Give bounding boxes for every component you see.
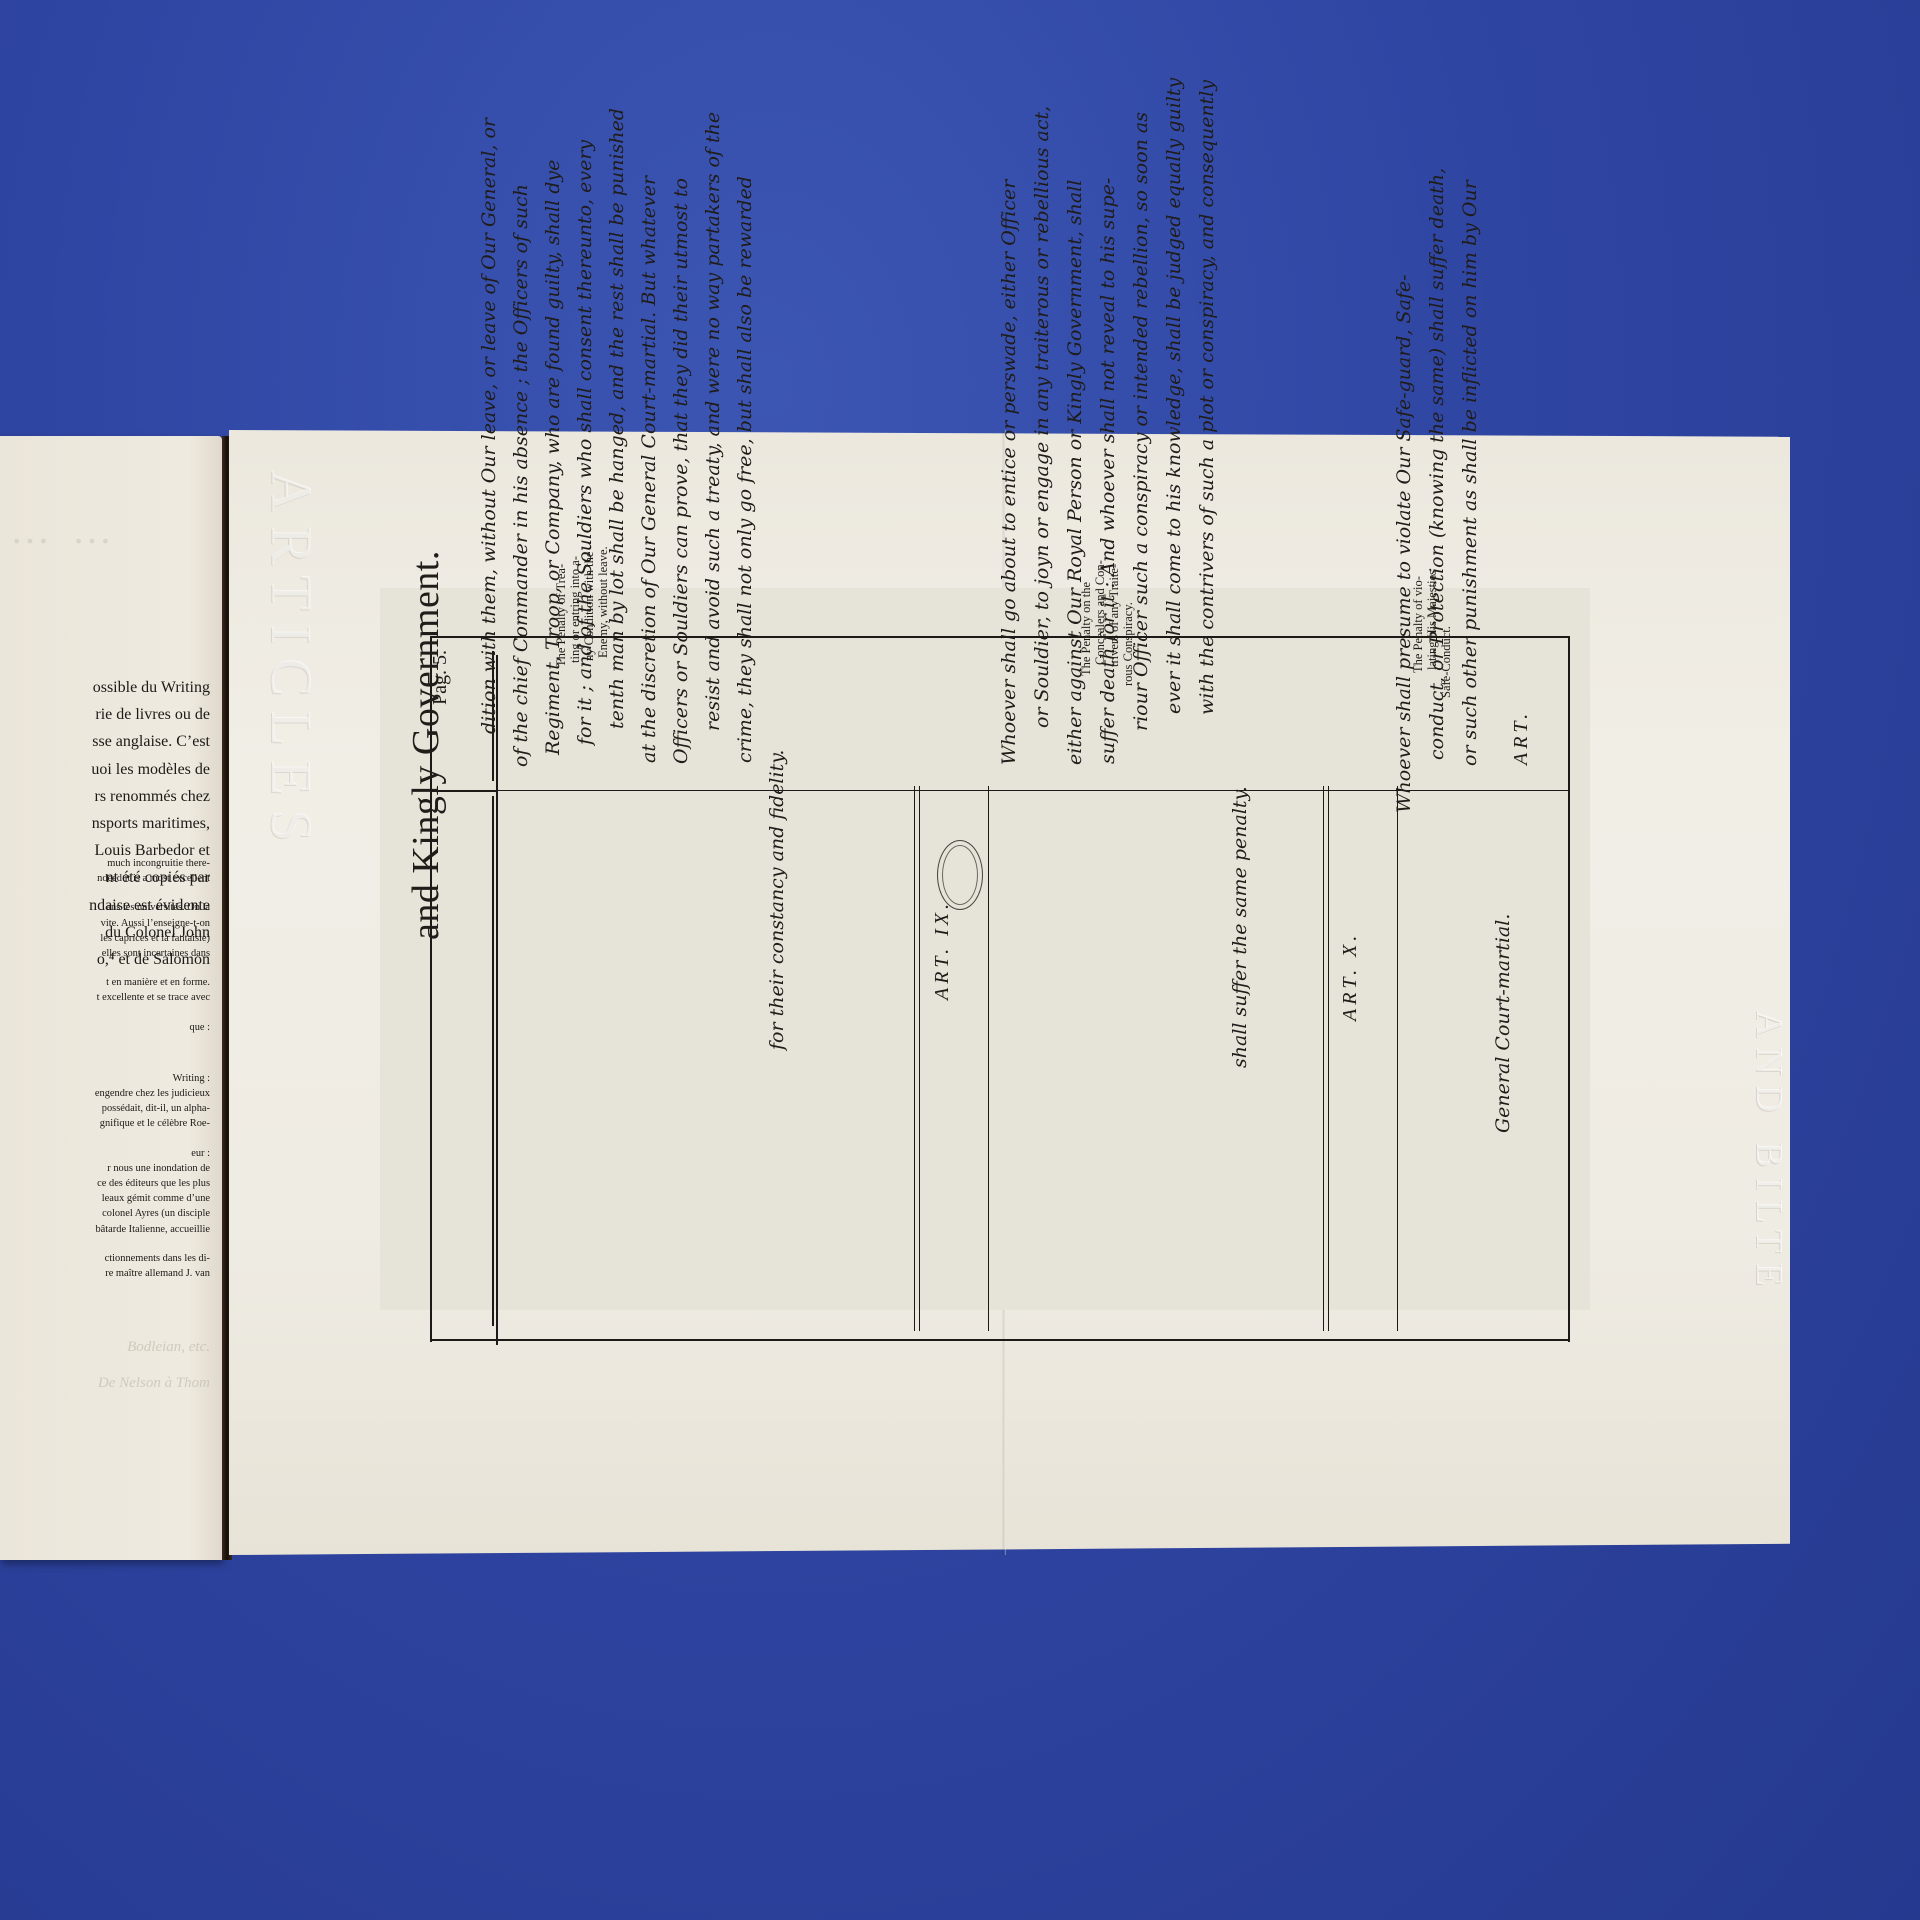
article-ix-line: Whoever shall go about to entice or pers… bbox=[998, 180, 1020, 765]
catchword: ART. bbox=[1510, 710, 1533, 765]
body-line: for it ; and of the Souldiers who shall … bbox=[574, 140, 596, 745]
left-page-footnote-line: Writing : bbox=[95, 1071, 210, 1086]
left-page-footnote-line: gnifique et le célèbre Roe- bbox=[95, 1116, 210, 1131]
left-page-footnote-line: t en manière et en forme. bbox=[95, 975, 210, 990]
article-ix-line: shall suffer the same penalty. bbox=[1229, 786, 1251, 1068]
body-line: at the discretion of Our General Court-m… bbox=[638, 176, 660, 763]
record-office-stamp bbox=[937, 840, 983, 910]
left-page-main-line: rs renommés chez bbox=[89, 783, 210, 810]
article-ix-line: or Souldier, to joyn or engage in any tr… bbox=[1031, 106, 1053, 728]
body-line: tenth man by lot shall be hanged, and th… bbox=[606, 108, 628, 729]
article-x-line: Whoever shall presume to violate Our Saf… bbox=[1393, 274, 1415, 813]
body-top-rule bbox=[492, 796, 494, 1326]
left-page-footnote-group: eur :r nous une inondation dece des édit… bbox=[95, 1146, 210, 1237]
left-page-footnote-line: leaux gémit comme d’une bbox=[95, 1191, 210, 1206]
left-page-footer-line: Bodleian, etc. bbox=[98, 1329, 210, 1365]
body-line: crime, they shall not only go free, but … bbox=[734, 176, 756, 763]
art-ix-rule-3 bbox=[988, 786, 989, 1331]
left-page-footnote-group: Writing :engendre chez les judicieuxposs… bbox=[95, 1071, 210, 1132]
art-x-rule-2 bbox=[1328, 786, 1329, 1331]
page-number: Pag. 5. bbox=[429, 650, 452, 705]
page-number-divider bbox=[430, 790, 496, 792]
left-page-footnote-line: ctionnements dans les di- bbox=[95, 1251, 210, 1266]
left-page-footnote-group: ctionnements dans les di-re maître allem… bbox=[95, 1251, 210, 1281]
left-page-footnote-group: que : bbox=[95, 1020, 210, 1035]
article-ix-line: ever it shall come to his knowledge, sha… bbox=[1163, 78, 1185, 714]
left-page-footnote-line: possédait, dit-il, un alpha- bbox=[95, 1101, 210, 1116]
left-page-footnote-line: ndeed it is a most excellent bbox=[95, 871, 210, 886]
left-page-footnote-group: t en manière et en forme.t excellente et… bbox=[95, 975, 210, 1005]
body-line: dition with them, without Our leave, or … bbox=[478, 118, 500, 734]
body-line: of the chief Commander in his absence ; … bbox=[510, 184, 532, 767]
left-page-footnote-group: ans les universités. On lavite. Aussi l’… bbox=[95, 900, 210, 961]
art-ix-rule-2 bbox=[919, 786, 920, 1331]
bleed-through-title-left: ARTICLES bbox=[265, 470, 325, 1070]
art-ix-rule-1 bbox=[914, 786, 915, 1331]
left-page-footnote-line: que : bbox=[95, 1020, 210, 1035]
body-line: Officers or Souldiers can prove, that th… bbox=[670, 178, 692, 764]
article-ix-line: either against Our Royal Person or Kingl… bbox=[1064, 180, 1086, 765]
frame-right-rule bbox=[1568, 636, 1570, 1342]
left-page-footnote-group: much incongruitie there-ndeed it is a mo… bbox=[95, 856, 210, 886]
bleed-through-title-right: AND BILTE bbox=[1755, 1010, 1791, 1450]
header-strip-rule bbox=[496, 655, 498, 1345]
body-line: Regiment, Troop, or Company, who are fou… bbox=[542, 160, 564, 755]
art-x-rule-3 bbox=[1397, 786, 1398, 1331]
left-page-footnote-line: ans les universités. On la bbox=[95, 900, 210, 915]
article-x-line: General Court-martial. bbox=[1492, 914, 1514, 1133]
left-page-main-line: rie de livres ou de bbox=[89, 701, 210, 728]
left-page-footnote-line: engendre chez les judicieux bbox=[95, 1086, 210, 1101]
left-page-footer-line: De Nelson à Thom bbox=[98, 1365, 210, 1401]
left-page-footnote-line: ce des éditeurs que les plus bbox=[95, 1176, 210, 1191]
running-title: and Kingly Government. bbox=[404, 550, 448, 940]
article-ix-line: riour Officer such a conspiracy or inten… bbox=[1130, 112, 1152, 731]
left-page-footnote-line: t excellente et se trace avec bbox=[95, 990, 210, 1005]
body-line: resist and avoid such a treaty, and were… bbox=[702, 112, 724, 731]
left-page-footer-bleed: Bodleian, etc.De Nelson à Thom bbox=[98, 1329, 210, 1401]
article-ix-line: with the contrivers of such a plot or co… bbox=[1196, 80, 1218, 715]
left-page: … … ossible du Writingrie de livres ou d… bbox=[0, 436, 222, 1560]
article-x-line: or such other punishment as shall be inf… bbox=[1459, 180, 1481, 766]
article-x-line: conduct, or Protection (knowing the same… bbox=[1426, 168, 1448, 760]
article-heading: ART. X. bbox=[1339, 932, 1362, 1021]
left-page-footnote-line: vite. Aussi l’enseigne-t-on bbox=[95, 916, 210, 931]
frame-bottom-rule bbox=[430, 1339, 1570, 1341]
left-page-main-line: sse anglaise. C’est bbox=[89, 728, 210, 755]
left-page-footnote-line: much incongruitie there- bbox=[95, 856, 210, 871]
left-page-footnotes: much incongruitie there-ndeed it is a mo… bbox=[95, 856, 210, 1295]
left-page-main-line: uoi les modèles de bbox=[89, 756, 210, 783]
left-page-footnote-line: r nous une inondation de bbox=[95, 1161, 210, 1176]
left-page-main-line: ossible du Writing bbox=[89, 674, 210, 701]
left-page-footnote-line: colonel Ayres (un disciple bbox=[95, 1206, 210, 1221]
left-page-footnote-line: eur : bbox=[95, 1146, 210, 1161]
left-page-footnote-line: elles sont incertaines dans bbox=[95, 946, 210, 961]
art-x-rule-1 bbox=[1323, 786, 1324, 1331]
left-page-main-line: nsports maritimes, bbox=[89, 810, 210, 837]
article-ix-line: suffer death for it : And whoever shall … bbox=[1097, 178, 1119, 764]
left-page-footnote-line: re maître allemand J. van bbox=[95, 1266, 210, 1281]
article-heading: ART. IX. bbox=[931, 900, 954, 1000]
left-page-footnote-line: les caprices et la fantaisie) bbox=[95, 931, 210, 946]
body-line: for their constancy and fidelity. bbox=[766, 750, 788, 1050]
left-page-footnote-line: bâtarde Italienne, accueillie bbox=[95, 1222, 210, 1237]
bleed-through-heading: … … bbox=[10, 506, 220, 586]
